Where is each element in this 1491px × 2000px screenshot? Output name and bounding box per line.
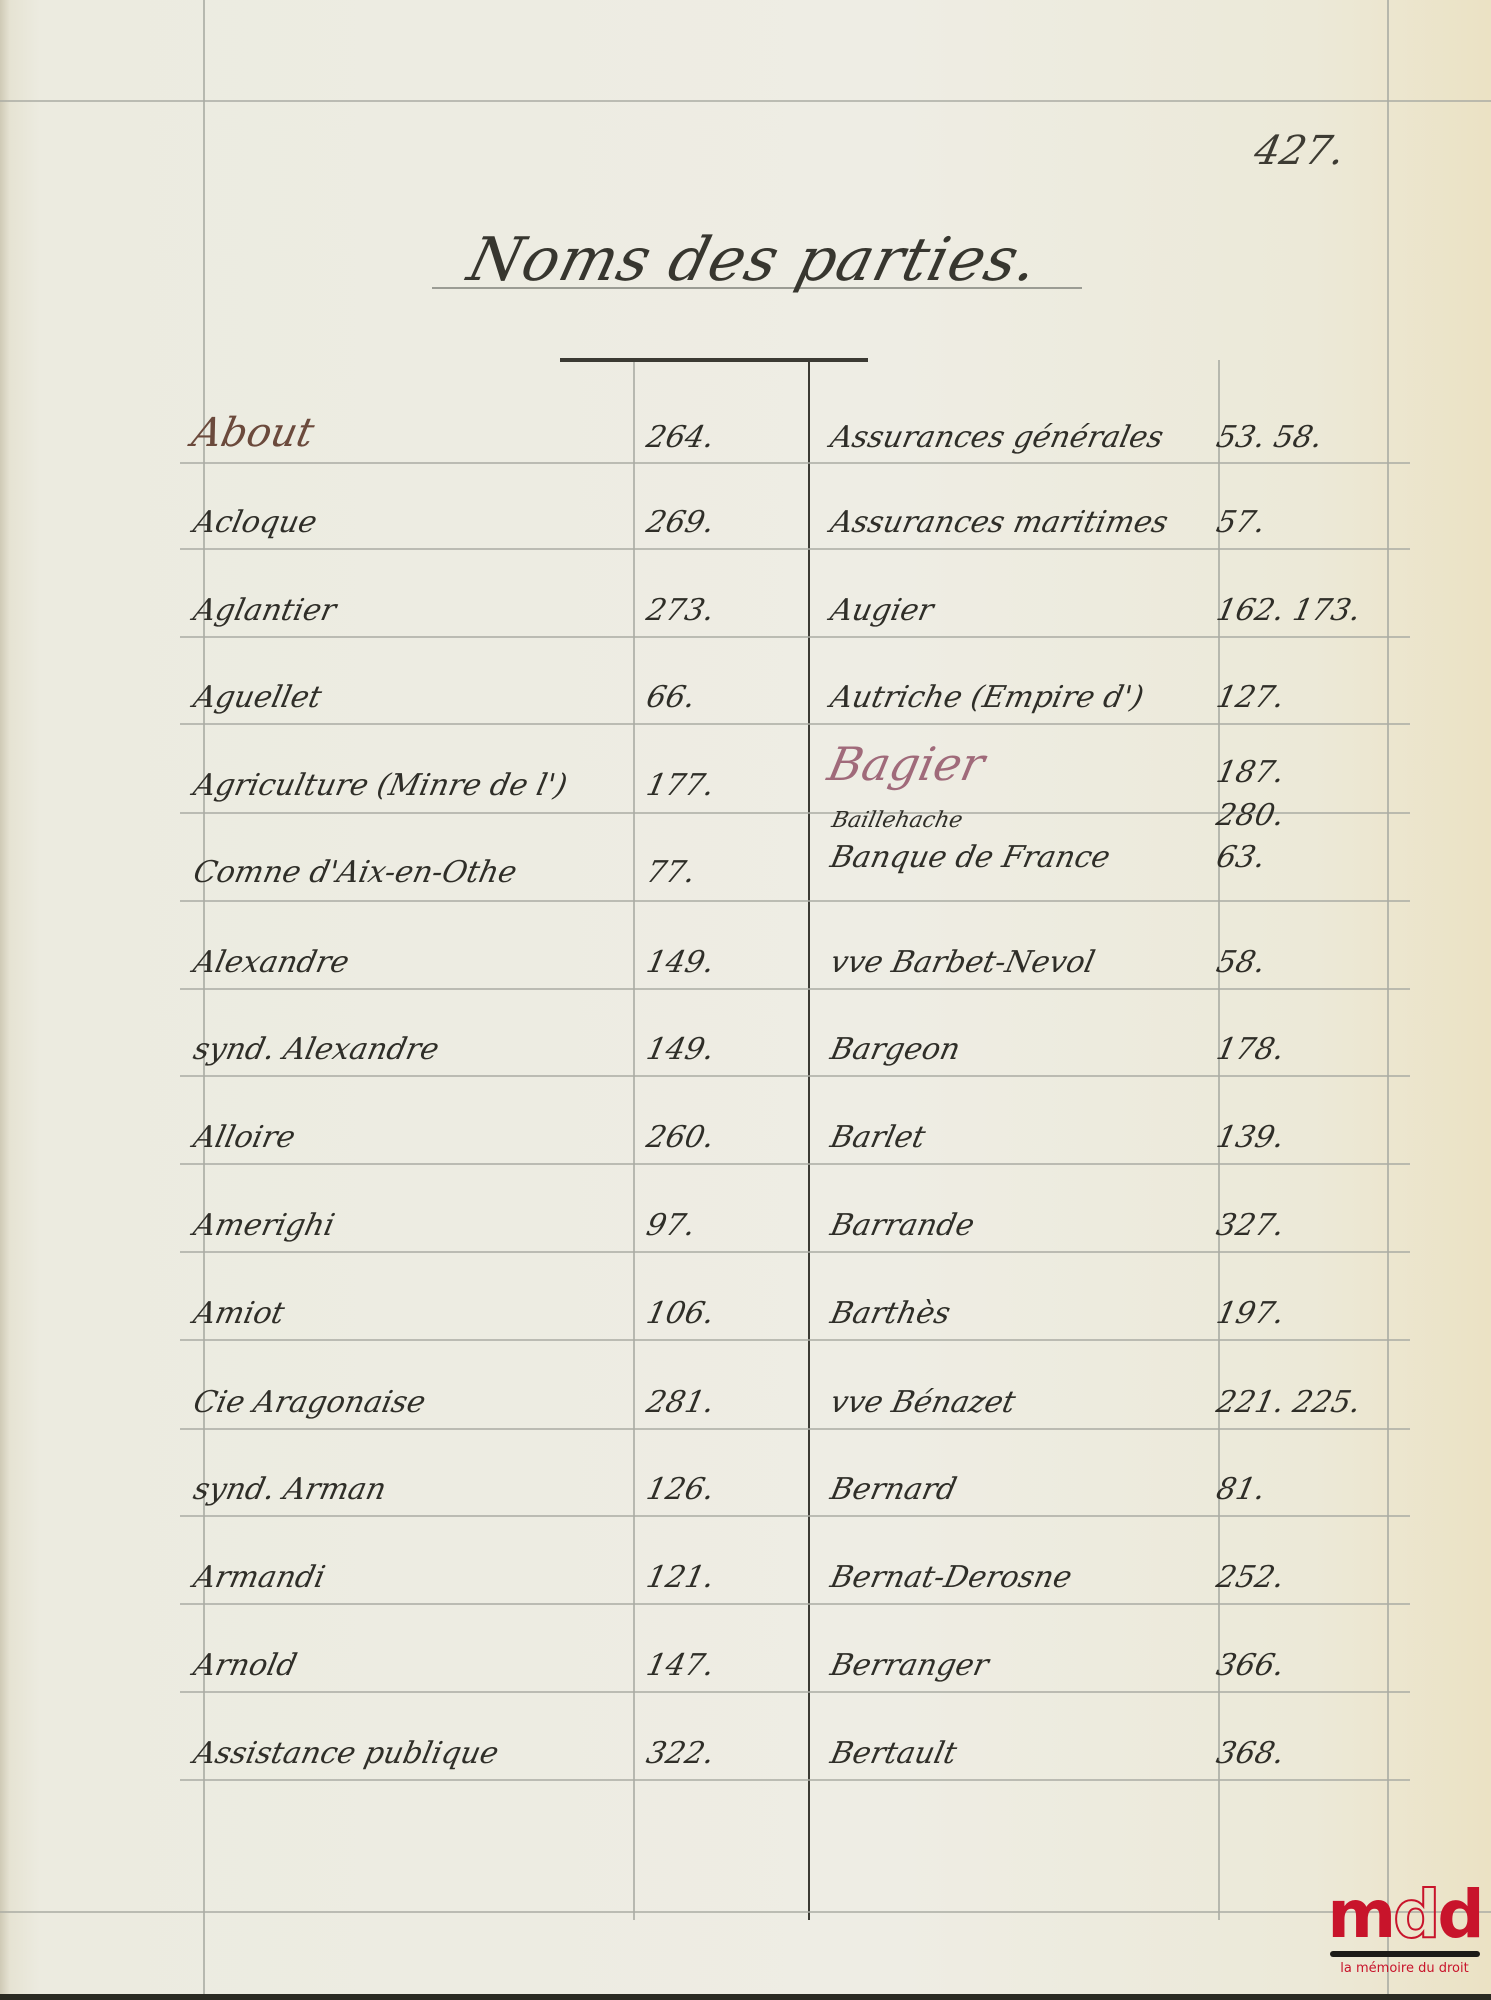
left-entry-name: Acloque bbox=[185, 505, 320, 565]
left-entry-page: 121. bbox=[638, 1560, 718, 1620]
center-divider bbox=[808, 360, 810, 1920]
left-entry-name: Comne d'Aix-en-Othe bbox=[185, 855, 520, 915]
left-entry-page: 281. bbox=[638, 1385, 718, 1445]
right-entry-page: 178. bbox=[1208, 1032, 1288, 1092]
left-page-col-line bbox=[633, 360, 635, 1920]
right-entry-name: Bernard bbox=[822, 1472, 960, 1532]
right-entry-page: 53. 58. bbox=[1208, 420, 1326, 480]
logo-mark: mdd bbox=[1322, 1885, 1487, 1945]
left-entry-page: 126. bbox=[638, 1472, 718, 1532]
right-entry-name: Barlet bbox=[822, 1120, 928, 1180]
left-entry-page: 273. bbox=[638, 593, 718, 653]
left-entry-name: synd. Alexandre bbox=[185, 1032, 442, 1092]
header-rule bbox=[560, 358, 868, 362]
folio-number: 427. bbox=[1250, 128, 1349, 174]
left-entry-page: 149. bbox=[638, 1032, 718, 1092]
right-entry-page: 252. bbox=[1208, 1560, 1288, 1620]
left-entry-page: 269. bbox=[638, 505, 718, 565]
left-entry-page: 147. bbox=[638, 1648, 718, 1708]
left-entry-page: 177. bbox=[638, 768, 718, 828]
logo-tagline: la mémoire du droit bbox=[1322, 1961, 1487, 1976]
right-margin-line bbox=[1387, 0, 1389, 2000]
right-entry-page: 197. bbox=[1208, 1296, 1288, 1356]
right-entry-name: Bertault bbox=[822, 1736, 960, 1796]
right-entry-name: Augier bbox=[822, 593, 937, 653]
mdd-logo: mdd la mémoire du droit bbox=[1322, 1885, 1487, 1995]
right-entry-name: Bernat-Derosne bbox=[822, 1560, 1075, 1620]
left-entry-name: Armandi bbox=[185, 1560, 328, 1620]
right-entry-name: vve Barbet-Nevol bbox=[822, 945, 1098, 1005]
right-entry-name: Bagier bbox=[822, 737, 989, 797]
left-entry-name: Amiot bbox=[185, 1296, 288, 1356]
page-title: Noms des parties. bbox=[461, 225, 1046, 295]
left-entry-page: 260. bbox=[638, 1120, 718, 1180]
left-entry-page: 149. bbox=[638, 945, 718, 1005]
right-entry-page: 368. bbox=[1208, 1736, 1288, 1796]
left-entry-name: Cie Aragonaise bbox=[185, 1385, 429, 1445]
left-entry-name: Agriculture (Minre de l') bbox=[185, 768, 570, 828]
left-entry-name: Aglantier bbox=[185, 593, 339, 653]
right-entry-page: 366. bbox=[1208, 1648, 1288, 1708]
left-entry-page: 322. bbox=[638, 1736, 718, 1796]
top-rule bbox=[0, 100, 1491, 102]
right-entry-name: Assurances générales bbox=[822, 420, 1167, 480]
left-entry-name: About bbox=[185, 410, 318, 470]
left-entry-name: Assistance publique bbox=[185, 1736, 502, 1796]
right-entry-page: 162. 173. bbox=[1208, 593, 1364, 653]
right-entry-name: Assurances maritimes bbox=[822, 505, 1171, 565]
left-entry-name: Aguellet bbox=[185, 680, 325, 740]
right-entry-name: Berranger bbox=[822, 1648, 992, 1708]
right-entry-page: 327. bbox=[1208, 1208, 1288, 1268]
left-entry-name: Amerighi bbox=[185, 1208, 338, 1268]
left-entry-page: 77. bbox=[638, 855, 698, 915]
left-entry-page: 97. bbox=[638, 1208, 698, 1268]
right-entry-name: Barrande bbox=[822, 1208, 978, 1268]
right-entry-name: Barthès bbox=[822, 1296, 954, 1356]
right-entry-name: vve Bénazet bbox=[822, 1385, 1019, 1445]
left-entry-name: synd. Arman bbox=[185, 1472, 389, 1532]
left-entry-page: 106. bbox=[638, 1296, 718, 1356]
right-entry-page: 221. 225. bbox=[1208, 1385, 1364, 1445]
left-entry-name: Alloire bbox=[185, 1120, 298, 1180]
left-entry-page: 66. bbox=[638, 680, 698, 740]
right-entry-page: 127. bbox=[1208, 680, 1288, 740]
right-entry-name: Autriche (Empire d') bbox=[822, 680, 1147, 740]
right-entry-name: Banque de France bbox=[822, 840, 1113, 900]
bottom-rule bbox=[0, 1911, 1491, 1913]
right-entry-name: Bargeon bbox=[822, 1032, 963, 1092]
left-entry-page: 264. bbox=[638, 420, 718, 480]
left-entry-name: Arnold bbox=[185, 1648, 300, 1708]
ledger-page: 427. Noms des parties. About264.Acloque2… bbox=[0, 0, 1491, 2000]
right-entry-page: 139. bbox=[1208, 1120, 1288, 1180]
left-entry-name: Alexandre bbox=[185, 945, 352, 1005]
